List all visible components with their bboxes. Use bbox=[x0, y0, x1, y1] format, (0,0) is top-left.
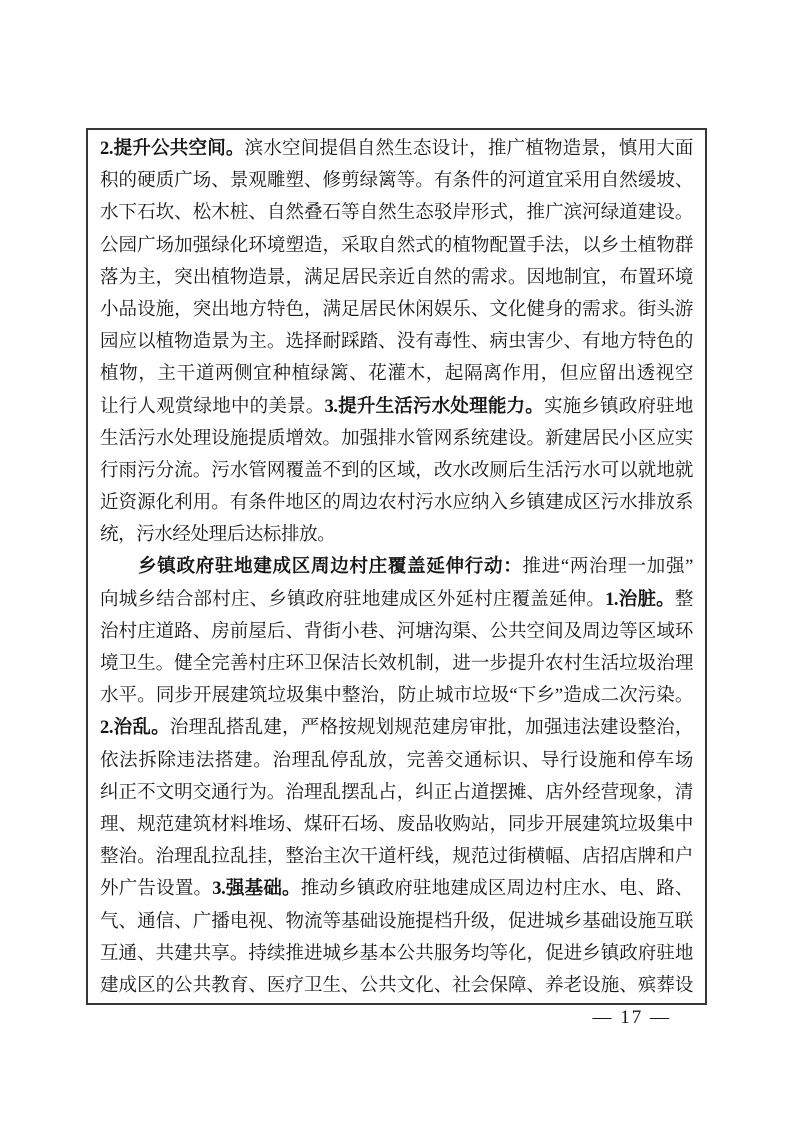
body-text: 园应以植物造景为主。选择耐踩踏、没有毒性、病虫害少、有地方特色的 bbox=[100, 332, 693, 352]
document-body: 2.提升公共空间。滨水空间提倡自然生态设计，推广植物造景，慎用大面积的硬质广场、… bbox=[100, 133, 693, 1002]
body-text: 外广告设置。 bbox=[100, 879, 212, 899]
bold-heading-text: 1.治脏。 bbox=[605, 590, 675, 610]
body-text: 治理乱搭乱建，严格按规划规范建房审批，加强违法建设整治， bbox=[170, 718, 693, 738]
body-text: 建成区的公共教育、医疗卫生、公共文化、社会保障、养老设施、殡葬设 bbox=[100, 976, 693, 996]
bold-heading-text: 乡镇政府驻地建成区周边村庄覆盖延伸行动： bbox=[138, 557, 522, 577]
text-line: 建成区的公共教育、医疗卫生、公共文化、社会保障、养老设施、殡葬设 bbox=[100, 970, 693, 1002]
text-line: 落为主，突出植物造景，满足居民亲近自然的需求。因地制宜，布置环境 bbox=[100, 262, 693, 294]
text-line: 整治。治理乱拉乱挂，整治主次干道杆线，规范过街横幅、店招店牌和户 bbox=[100, 841, 693, 873]
text-line: 2.提升公共空间。滨水空间提倡自然生态设计，推广植物造景，慎用大面 bbox=[100, 133, 693, 165]
text-line: 生活污水处理设施提质增效。加强排水管网系统建设。新建居民小区应实 bbox=[100, 423, 693, 455]
body-text: 近资源化利用。有条件地区的周边农村污水应纳入乡镇建成区污水排放系 bbox=[100, 493, 693, 513]
text-line: 外广告设置。3.强基础。推动乡镇政府驻地建成区周边村庄水、电、路、 bbox=[100, 873, 693, 905]
text-line: 纠正不文明交通行为。治理乱摆乱占，纠正占道摆摊、店外经营现象，清 bbox=[100, 777, 693, 809]
text-line: 治村庄道路、房前屋后、背街小巷、河塘沟渠、公共空间及周边等区域环 bbox=[100, 616, 693, 648]
text-line: 近资源化利用。有条件地区的周边农村污水应纳入乡镇建成区污水排放系 bbox=[100, 487, 693, 519]
text-line: 2.治乱。治理乱搭乱建，严格按规划规范建房审批，加强违法建设整治， bbox=[100, 712, 693, 744]
text-line: 气、通信、广播电视、物流等基础设施提档升级，促进城乡基础设施互联 bbox=[100, 906, 693, 938]
body-text: 公园广场加强绿化环境塑造，采取自然式的植物配置手法，以乡土植物群 bbox=[100, 236, 693, 256]
bold-heading-text: 2.治乱。 bbox=[100, 718, 170, 738]
body-text: 治村庄道路、房前屋后、背街小巷、河塘沟渠、公共空间及周边等区域环 bbox=[100, 622, 693, 642]
body-text: 推进“两治理一加强” bbox=[522, 557, 693, 577]
body-text: 行雨污分流。污水管网覆盖不到的区域，改水改厕后生活污水可以就地就 bbox=[100, 461, 693, 481]
body-text: 统，污水经处理后达标排放。 bbox=[100, 525, 335, 545]
body-text: 向城乡结合部村庄、乡镇政府驻地建成区外延村庄覆盖延伸。 bbox=[100, 590, 605, 610]
text-line: 让行人观赏绿地中的美景。3.提升生活污水处理能力。实施乡镇政府驻地 bbox=[100, 391, 693, 423]
text-line: 互通、共建共享。持续推进城乡基本公共服务均等化，促进乡镇政府驻地 bbox=[100, 938, 693, 970]
text-line: 小品设施，突出地方特色，满足居民休闲娱乐、文化健身的需求。街头游 bbox=[100, 294, 693, 326]
body-text: 水下石坎、松木桩、自然叠石等自然生态驳岸形式，推广滨河绿道建设。 bbox=[100, 203, 693, 223]
text-line: 依法拆除违法搭建。治理乱停乱放，完善交通标识、导行设施和停车场地， bbox=[100, 745, 693, 777]
text-line: 向城乡结合部村庄、乡镇政府驻地建成区外延村庄覆盖延伸。1.治脏。整 bbox=[100, 584, 693, 616]
bold-heading-text: 2.提升公共空间。 bbox=[100, 139, 245, 159]
body-text: 水平。同步开展建筑垃圾集中整治，防止城市垃圾“下乡”造成二次污染。 bbox=[100, 686, 693, 706]
text-line: 水下石坎、松木桩、自然叠石等自然生态驳岸形式，推广滨河绿道建设。 bbox=[100, 197, 693, 229]
body-text: 生活污水处理设施提质增效。加强排水管网系统建设。新建居民小区应实 bbox=[100, 429, 693, 449]
bold-heading-text: 3.提升生活污水处理能力。 bbox=[324, 397, 543, 417]
body-text: 落为主，突出植物造景，满足居民亲近自然的需求。因地制宜，布置环境 bbox=[100, 268, 693, 288]
page-number: — 17 — bbox=[86, 1007, 707, 1029]
text-line: 境卫生。健全完善村庄环卫保洁长效机制，进一步提升农村生活垃圾治理 bbox=[100, 648, 693, 680]
body-text: 实施乡镇政府驻地 bbox=[544, 397, 693, 417]
body-text: 积的硬质广场、景观雕塑、修剪绿篱等。有条件的河道宜采用自然缓坡、 bbox=[100, 171, 693, 191]
text-line: 公园广场加强绿化环境塑造，采取自然式的植物配置手法，以乡土植物群 bbox=[100, 230, 693, 262]
text-line: 行雨污分流。污水管网覆盖不到的区域，改水改厕后生活污水可以就地就 bbox=[100, 455, 693, 487]
text-line: 积的硬质广场、景观雕塑、修剪绿篱等。有条件的河道宜采用自然缓坡、 bbox=[100, 165, 693, 197]
text-line: 统，污水经处理后达标排放。 bbox=[100, 519, 693, 551]
body-text: 境卫生。健全完善村庄环卫保洁长效机制，进一步提升农村生活垃圾治理 bbox=[100, 654, 693, 674]
bold-heading-text: 3.强基础。 bbox=[212, 879, 301, 899]
body-text: 互通、共建共享。持续推进城乡基本公共服务均等化，促进乡镇政府驻地 bbox=[100, 944, 693, 964]
document-page: { "footer": { "page_number": "— 17 —" },… bbox=[0, 0, 793, 1122]
text-line: 乡镇政府驻地建成区周边村庄覆盖延伸行动：推进“两治理一加强” bbox=[100, 551, 693, 583]
body-text: 整治。治理乱拉乱挂，整治主次干道杆线，规范过街横幅、店招店牌和户 bbox=[100, 847, 693, 867]
text-line: 水平。同步开展建筑垃圾集中整治，防止城市垃圾“下乡”造成二次污染。 bbox=[100, 680, 693, 712]
text-line: 园应以植物造景为主。选择耐踩踏、没有毒性、病虫害少、有地方特色的 bbox=[100, 326, 693, 358]
text-line: 理、规范建筑材料堆场、煤矸石场、废品收购站，同步开展建筑垃圾集中 bbox=[100, 809, 693, 841]
body-text: 依法拆除违法搭建。治理乱停乱放，完善交通标识、导行设施和停车场地， bbox=[100, 751, 693, 777]
content-border-box: 2.提升公共空间。滨水空间提倡自然生态设计，推广植物造景，慎用大面积的硬质广场、… bbox=[86, 128, 707, 1005]
body-text: 纠正不文明交通行为。治理乱摆乱占，纠正占道摆摊、店外经营现象，清 bbox=[100, 783, 693, 803]
body-text: 整 bbox=[675, 590, 693, 610]
body-text: 植物，主干道两侧宜种植绿篱、花灌木，起隔离作用，但应留出透视空间， bbox=[100, 364, 693, 390]
body-text: 推动乡镇政府驻地建成区周边村庄水、电、路、 bbox=[301, 879, 693, 899]
body-text: 气、通信、广播电视、物流等基础设施提档升级，促进城乡基础设施互联 bbox=[100, 912, 693, 932]
text-line: 植物，主干道两侧宜种植绿篱、花灌木，起隔离作用，但应留出透视空间， bbox=[100, 358, 693, 390]
body-text: 滨水空间提倡自然生态设计，推广植物造景，慎用大面 bbox=[245, 139, 693, 159]
body-text: 让行人观赏绿地中的美景。 bbox=[100, 397, 324, 417]
body-text: 小品设施，突出地方特色，满足居民休闲娱乐、文化健身的需求。街头游 bbox=[100, 300, 693, 320]
body-text: 理、规范建筑材料堆场、煤矸石场、废品收购站，同步开展建筑垃圾集中 bbox=[100, 815, 693, 835]
